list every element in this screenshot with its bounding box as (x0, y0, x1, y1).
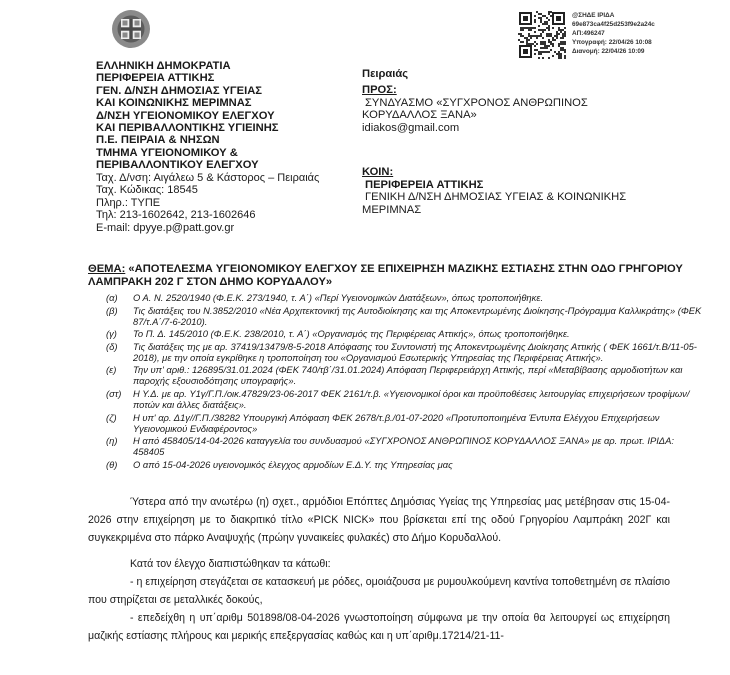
issuer-line: ΠΕΡΙΦΕΡΕΙΑ ΑΤΤΙΚΗΣ (96, 72, 319, 84)
reference-marker: (δ) (106, 341, 133, 363)
stamp-hash: 69e873ca4f25d253f9e2a24c (572, 20, 655, 29)
body-paragraph: Ύστερα από την ανωτέρω (η) σχετ., αρμόδι… (88, 493, 670, 547)
issuer-line: ΚΑΙ ΠΕΡΙΒΑΛΛΟΝΤΙΚΗΣ ΥΓΙΕΙΝΗΣ (96, 122, 319, 134)
reference-item: (ζ)Η υπ' αρ. Δ1γ//Γ.Π./38282 Υπουργική Α… (106, 412, 706, 434)
phone-numbers: Τηλ: 213-1602642, 213-1602646 (96, 209, 319, 222)
recipients-to: ΠΡΟΣ: ΣΥΝΔΥΑΣΜΟ «ΣΥΓΧΡΟΝΟΣ ΑΝΘΡΩΠΙΝΟΣ ΚΟ… (362, 84, 588, 134)
contact-person: Πληρ.: ΤΥΠΕ (96, 197, 319, 210)
reference-text: Η Υ.Δ. με αρ. Υ1γ/Γ.Π./οικ.47829/23-06-2… (133, 388, 706, 410)
reference-marker: (θ) (106, 459, 133, 470)
stamp-protocol-number: ΑΠ:496247 (572, 29, 655, 38)
issuer-line: Δ/ΝΣΗ ΥΓΕΙΟΝΟΜΙΚΟΥ ΕΛΕΓΧΟΥ (96, 110, 319, 122)
recipient-email: idiakos@gmail.com (362, 122, 588, 135)
reference-text: Το Π. Δ. 145/2010 (Φ.Ε.Κ. 238/2010, τ. Α… (133, 328, 706, 339)
postal-address: Ταχ. Δ/νση: Αιγάλεω 5 & Κάστορος – Πειρα… (96, 172, 319, 185)
reference-text: Την υπ' αριθ.: 126895/31.01.2024 (ΦΕΚ 74… (133, 364, 706, 386)
issuer-header: ΕΛΛΗΝΙΚΗ ΔΗΜΟΚΡΑΤΙΑ ΠΕΡΙΦΕΡΕΙΑ ΑΤΤΙΚΗΣ Γ… (96, 60, 319, 235)
reference-text: Ο Α. Ν. 2520/1940 (Φ.Ε.Κ. 273/1940, τ. Α… (133, 292, 706, 303)
reference-item: (ε)Την υπ' αριθ.: 126895/31.01.2024 (ΦΕΚ… (106, 364, 706, 386)
issuer-line: Π.Ε. ΠΕΙΡΑΙΑ & ΝΗΣΩΝ (96, 134, 319, 146)
digital-signature-stamp: @ΣΗΔΕ ΙΡΙΔΑ 69e873ca4f25d253f9e2a24c ΑΠ:… (518, 11, 655, 59)
reference-item: (α)Ο Α. Ν. 2520/1940 (Φ.Ε.Κ. 273/1940, τ… (106, 292, 706, 303)
reference-marker: (γ) (106, 328, 133, 339)
reference-marker: (η) (106, 435, 133, 457)
greek-coat-of-arms-emblem-icon (110, 8, 152, 50)
reference-item: (β)Τις διατάξεις του Ν.3852/2010 «Νέα Αρ… (106, 305, 706, 327)
cc-recipient-line: ΜΕΡΙΜΝΑΣ (362, 204, 626, 217)
reference-text: Ο από 15-04-2026 υγειονομικός έλεγχος αρ… (133, 459, 706, 470)
body-paragraph: - επεδείχθη η υπ΄αριθμ 501898/08-04-2026… (88, 609, 670, 645)
reference-marker: (ε) (106, 364, 133, 386)
city: Πειραιάς (362, 68, 408, 80)
issuer-line: ΓΕΝ. Δ/ΝΣΗ ΔΗΜΟΣΙΑΣ ΥΓΕΙΑΣ (96, 85, 319, 97)
issuer-line: ΕΛΛΗΝΙΚΗ ΔΗΜΟΚΡΑΤΙΑ (96, 60, 319, 72)
issuer-line: ΠΕΡΙΒΑΛΛΟΝΤΙΚΟΥ ΕΛΕΓΧΟΥ (96, 159, 319, 171)
body-paragraph: Κατά τον έλεγχο διαπιστώθηκαν τα κάτωθι: (88, 555, 670, 573)
subject: ΘΕΜΑ: «ΑΠΟΤΕΛΕΣΜΑ ΥΓΕΙΟΝΟΜΙΚΟΥ ΕΛΕΓΧΟΥ Σ… (88, 263, 708, 289)
cc-recipient-line: ΓΕΝΙΚΗ Δ/ΝΣΗ ΔΗΜΟΣΙΑΣ ΥΓΕΙΑΣ & ΚΟΙΝΩΝΙΚΗ… (362, 191, 626, 204)
stamp-signed-at: Υπογραφή: 22/04/26 10:08 (572, 38, 655, 47)
subject-text: «ΑΠΟΤΕΛΕΣΜΑ ΥΓΕΙΟΝΟΜΙΚΟΥ ΕΛΕΓΧΟΥ ΣΕ ΕΠΙΧ… (88, 263, 683, 288)
stamp-system: @ΣΗΔΕ ΙΡΙΔΑ (572, 11, 655, 20)
reference-marker: (στ) (106, 388, 133, 410)
recipient-line: ΣΥΝΔΥΑΣΜΟ «ΣΥΓΧΡΟΝΟΣ ΑΝΘΡΩΠΙΝΟΣ (362, 97, 588, 110)
postal-code: Ταχ. Κώδικας: 18545 (96, 184, 319, 197)
reference-item: (γ)Το Π. Δ. 145/2010 (Φ.Ε.Κ. 238/2010, τ… (106, 328, 706, 339)
recipient-line: ΚΟΡΥΔΑΛΛΟΣ ΞΑΝΑ» (362, 109, 588, 122)
references-list: (α)Ο Α. Ν. 2520/1940 (Φ.Ε.Κ. 273/1940, τ… (106, 292, 706, 471)
reference-text: Η από 458405/14-04-2026 καταγγελία του σ… (133, 435, 706, 457)
stamp-distributed-at: Διανομή: 22/04/26 10:09 (572, 47, 655, 56)
issuer-line: ΚΑΙ ΚΟΙΝΩΝΙΚΗΣ ΜΕΡΙΜΝΑΣ (96, 97, 319, 109)
reference-marker: (ζ) (106, 412, 133, 434)
reference-marker: (α) (106, 292, 133, 303)
reference-item: (η)Η από 458405/14-04-2026 καταγγελία το… (106, 435, 706, 457)
reference-item: (στ)Η Υ.Δ. με αρ. Υ1γ/Γ.Π./οικ.47829/23-… (106, 388, 706, 410)
recipients-cc: ΚΟΙΝ: ΠΕΡΙΦΕΡΕΙΑ ΑΤΤΙΚΗΣ ΓΕΝΙΚΗ Δ/ΝΣΗ ΔΗ… (362, 166, 626, 216)
body-paragraph: - η επιχείρηση στεγάζεται σε κατασκευή μ… (88, 573, 670, 609)
reference-item: (θ)Ο από 15-04-2026 υγειονομικός έλεγχος… (106, 459, 706, 470)
reference-text: Τις διατάξεις της με αρ. 37419/13479/8-5… (133, 341, 706, 363)
reference-text: Τις διατάξεις του Ν.3852/2010 «Νέα Αρχιτ… (133, 305, 706, 327)
reference-text: Η υπ' αρ. Δ1γ//Γ.Π./38282 Υπουργική Απόφ… (133, 412, 706, 434)
cc-label: ΚΟΙΝ: (362, 166, 626, 179)
to-label: ΠΡΟΣ: (362, 84, 588, 97)
subject-label: ΘΕΜΑ: (88, 263, 125, 275)
reference-item: (δ)Τις διατάξεις της με αρ. 37419/13479/… (106, 341, 706, 363)
email-address: E-mail: dpyye.p@patt.gov.gr (96, 222, 319, 235)
reference-marker: (β) (106, 305, 133, 327)
qr-code-icon (518, 11, 566, 59)
letter-body: Ύστερα από την ανωτέρω (η) σχετ., αρμόδι… (88, 493, 670, 645)
cc-recipient-line: ΠΕΡΙΦΕΡΕΙΑ ΑΤΤΙΚΗΣ (362, 179, 626, 192)
issuer-line: ΤΜΗΜΑ ΥΓΕΙΟΝΟΜΙΚΟΥ & (96, 147, 319, 159)
